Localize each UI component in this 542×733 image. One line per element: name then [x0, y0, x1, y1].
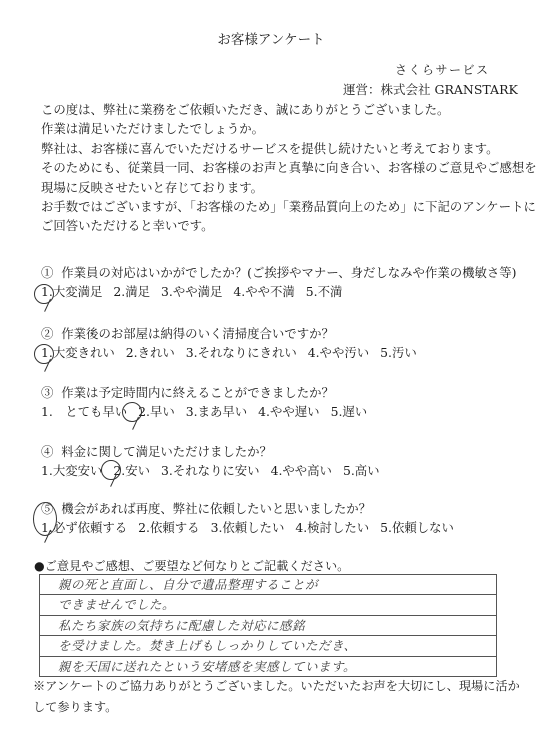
selected-mark-circle-icon: [122, 402, 142, 422]
option[interactable]: 5.遅い: [331, 404, 368, 419]
comment-line: を受けました。焚き上げもしっかりしていただき、: [40, 636, 496, 656]
footer-line: して参ります。: [33, 697, 520, 718]
option[interactable]: 5.不満: [306, 284, 343, 299]
intro-line: 作業は満足いただけましたでしょうか。: [41, 119, 537, 138]
comment-line: 親を天国に送れたという安堵感を実感しています。: [40, 657, 496, 676]
option[interactable]: 1. とても早い: [41, 404, 127, 419]
intro-line: 現場に反映させたいと存じております。: [41, 178, 537, 197]
question-number: ③: [41, 385, 53, 400]
question-text: 作業員の対応はいかがでしたか？(ご挨拶やマナー、身だしなみや作業の機敏さ等): [61, 265, 516, 280]
intro-line: お手数ではございますが、「お客様のため」「業務品質向上のため」に下記のアンケート…: [41, 197, 537, 216]
question-text: 機会があれば再度、弊社に依頼したいと思いましたか？: [61, 501, 371, 516]
comment-line: できませんでした。: [40, 595, 496, 615]
answer-options: 1. とても早い2.早い3.まあ早い4.やや遅い5.遅い: [41, 402, 378, 421]
question-5: ⑤ 機会があれば再度、弊社に依頼したいと思いましたか？ 1.必ず依頼する2.依頼…: [41, 499, 465, 537]
option[interactable]: 3.それなりにきれい: [186, 345, 297, 360]
intro-line: 弊社は、お客様に喜んでいただけるサービスを提供し続けたいと考えております。: [41, 139, 537, 158]
intro-line: ご回答いただけると幸いです。: [41, 216, 537, 235]
question-number: ④: [41, 444, 53, 459]
option[interactable]: 2.依頼する: [138, 520, 199, 535]
selected-mark-circle-icon: [34, 344, 54, 364]
option[interactable]: 4.やや不満: [233, 284, 294, 299]
option[interactable]: 5.高い: [343, 463, 380, 478]
footer-line: ※アンケートのご協力ありがとうございました。いただいたお声を大切にし、現場に活か: [33, 676, 520, 697]
option[interactable]: 3.依頼したい: [211, 520, 285, 535]
question-1: ① 作業員の対応はいかがでしたか？(ご挨拶やマナー、身だしなみや作業の機敏さ等)…: [41, 263, 517, 301]
answer-options: 1.大変満足2.満足3.やや満足4.やや不満5.不満: [41, 282, 517, 301]
intro-line: この度は、弊社に業務をご依頼いただき、誠にありがとうございました。: [41, 100, 537, 119]
option[interactable]: 2.満足: [113, 284, 150, 299]
question-4: ④ 料金に関して満足いただけましたか？ 1.大変安い2.安い3.それなりに安い4…: [41, 442, 391, 480]
comments-heading: ●ご意見やご感想、ご要望など何なりとご記載ください。: [34, 557, 349, 574]
selected-mark-circle-icon: [101, 460, 121, 480]
option[interactable]: 4.検討したい: [295, 520, 369, 535]
question-text: 作業は予定時間内に終えることができましたか？: [61, 385, 334, 400]
comment-line: 親の死と直面し、自分で遺品整理することが: [40, 575, 496, 595]
option[interactable]: 3.まあ早い: [186, 404, 247, 419]
question-text: 料金に関して満足いただけましたか？: [61, 444, 272, 459]
question-text: 作業後のお部屋は納得のいく清掃度合いですか？: [61, 326, 334, 341]
comment-line: 私たち家族の気持ちに配慮した対応に感銘: [40, 616, 496, 636]
option[interactable]: 5.依頼しない: [380, 520, 454, 535]
question-2: ② 作業後のお部屋は納得のいく清掃度合いですか？ 1.大変きれい2.きれい3.そ…: [41, 324, 428, 362]
option[interactable]: 3.それなりに安い: [161, 463, 260, 478]
question-number: ①: [41, 265, 53, 280]
answer-options: 1.大変きれい2.きれい3.それなりにきれい4.やや汚い5.汚い: [41, 343, 428, 362]
option[interactable]: 2.きれい: [126, 345, 175, 360]
option[interactable]: 4.やや汚い: [308, 345, 369, 360]
option[interactable]: 5.汚い: [380, 345, 417, 360]
question-number: ②: [41, 326, 53, 341]
footer-note: ※アンケートのご協力ありがとうございました。いただいたお声を大切にし、現場に活か…: [33, 676, 520, 718]
option[interactable]: 1.大変安い: [41, 463, 102, 478]
page-title: お客様アンケート: [0, 28, 542, 48]
comments-box[interactable]: 親の死と直面し、自分で遺品整理することが できませんでした。 私たち家族の気持ち…: [39, 574, 497, 677]
intro-line: そのためにも、従業員一同、お客様のお声と真摯に向き合い、お客様のご意見やご感想を: [41, 158, 537, 177]
option[interactable]: 4.やや遅い: [258, 404, 319, 419]
operator-name: 運営：株式会社 GRANSTARK: [343, 80, 518, 98]
intro-text: この度は、弊社に業務をご依頼いただき、誠にありがとうございました。 作業は満足い…: [41, 100, 537, 236]
answer-options: 1.大変安い2.安い3.それなりに安い4.やや高い5.高い: [41, 461, 391, 480]
question-3: ③ 作業は予定時間内に終えることができましたか？ 1. とても早い2.早い3.ま…: [41, 383, 378, 421]
answer-options: 1.必ず依頼する2.依頼する3.依頼したい4.検討したい5.依頼しない: [41, 518, 465, 537]
company-name: さくらサービス: [395, 61, 490, 78]
option[interactable]: 2.早い: [138, 404, 175, 419]
option[interactable]: 3.やや満足: [161, 284, 222, 299]
selected-mark-circle-icon: [34, 284, 54, 304]
option[interactable]: 4.やや高い: [271, 463, 332, 478]
selected-mark-circle-icon: [33, 502, 57, 536]
